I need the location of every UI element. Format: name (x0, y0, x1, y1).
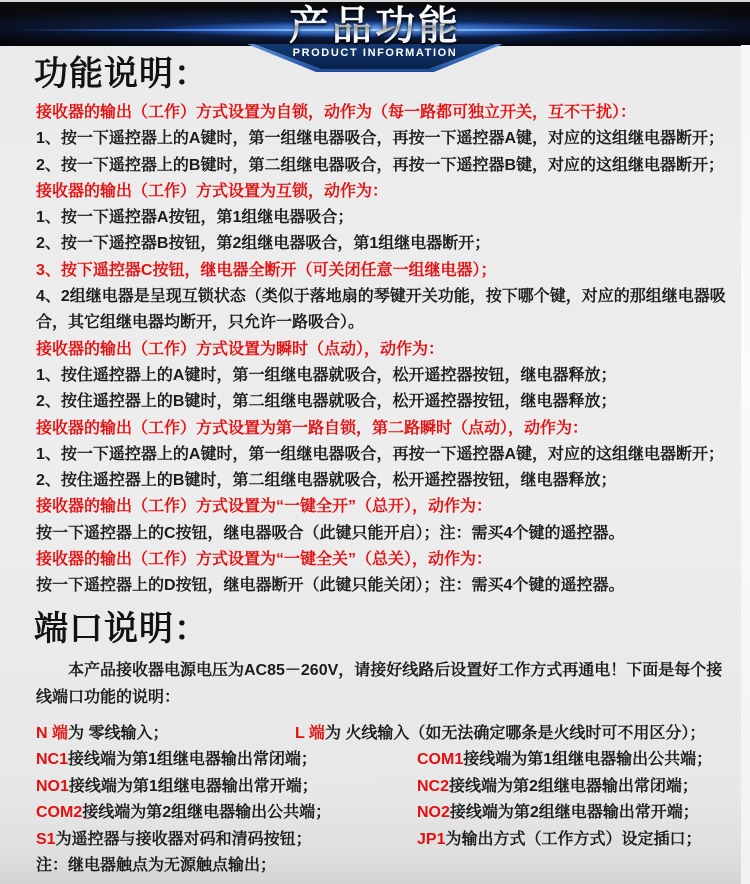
port-term: L 端 (295, 725, 325, 742)
port-section-heading: 端口说明： (34, 610, 738, 649)
port-term: NC2 (417, 778, 449, 795)
function-line: 接收器的输出（工作）方式设置为“一键全关”（总关），动作为： (36, 547, 738, 573)
port-row: S1为遥控器与接收器对码和清码按钮；JP1为输出方式（工作方式）设定插口； (36, 827, 738, 854)
function-line: 按一下遥控器上的D按钮，继电器断开（此键只能关闭）；注：需买4个键的遥控器。 (36, 573, 738, 599)
function-line: 接收器的输出（工作）方式设置为“一键全开”（总开），动作为： (36, 494, 738, 520)
port-row: NO1接线端为第1组继电器输出常开端；NC2接线端为第2组继电器输出常闭端； (36, 774, 738, 801)
function-line: 按一下遥控器上的C按钮，继电器吸合（此键只能开启）；注：需买4个键的遥控器。 (36, 521, 738, 547)
port-note: 注：继电器触点为无源触点输出； (36, 853, 738, 880)
function-line: 3、按下遥控器C按钮，继电器全断开（可关闭任意一组继电器）； (36, 258, 738, 284)
port-entry: NO1接线端为第1组继电器输出常开端； (36, 774, 417, 801)
function-line: 接收器的输出（工作）方式设置为自锁，动作为（每一路都可独立开关，互不干扰）： (36, 100, 738, 126)
port-row: N 端为 零线输入；L 端为 火线输入（如无法确定哪条是火线时可不用区分）； (36, 721, 738, 748)
function-line: 2、按住遥控器上的B键时，第二组继电器就吸合，松开遥控器按钮，继电器释放； (36, 468, 738, 494)
function-line: 1、按一下遥控器A按钮，第1组继电器吸合； (36, 205, 738, 231)
function-line: 4、2组继电器是呈现互锁状态（类似于落地扇的琴键开关功能，按下哪个键，对应的那组… (36, 284, 738, 337)
function-line: 2、按一下遥控器上的B键时，第二组继电器吸合，再按一下遥控器B键，对应的这组继电… (36, 153, 738, 179)
port-rows: N 端为 零线输入；L 端为 火线输入（如无法确定哪条是火线时可不用区分）；NC… (36, 721, 738, 854)
port-term: NC1 (36, 751, 68, 768)
port-term: S1 (36, 831, 56, 848)
function-line: 2、按一下遥控器B按钮，第2组继电器吸合，第1组继电器断开； (36, 231, 738, 257)
port-desc: 接线端为第1组继电器输出公共端； (463, 751, 712, 768)
function-line: 接收器的输出（工作）方式设置为瞬时（点动），动作为： (36, 337, 738, 363)
port-row: NC1接线端为第1组继电器输出常闭端；COM1接线端为第1组继电器输出公共端； (36, 747, 738, 774)
port-desc: 为 零线输入； (68, 725, 168, 742)
port-entry: N 端为 零线输入； (36, 721, 295, 748)
port-desc: 为 火线输入（如无法确定哪条是火线时可不用区分）； (325, 725, 705, 742)
port-desc: 接线端为第2组继电器输出常开端； (450, 804, 699, 821)
port-entry: JP1为输出方式（工作方式）设定插口； (417, 827, 701, 854)
function-line: 2、按住遥控器上的B键时，第二组继电器就吸合，松开遥控器按钮，继电器释放； (36, 389, 738, 415)
function-section-heading: 功能说明： (34, 55, 738, 94)
port-desc: 为输出方式（工作方式）设定插口； (445, 831, 701, 848)
port-desc: 接线端为第2组继电器输出公共端； (82, 804, 331, 821)
port-term: NO1 (36, 778, 69, 795)
port-entry: COM1接线端为第1组继电器输出公共端； (417, 747, 712, 774)
port-row: COM2接线端为第2组继电器输出公共端；NO2接线端为第2组继电器输出常开端； (36, 800, 738, 827)
function-lines: 接收器的输出（工作）方式设置为自锁，动作为（每一路都可独立开关，互不干扰）：1、… (36, 100, 738, 600)
port-term: COM2 (36, 804, 82, 821)
port-entry: S1为遥控器与接收器对码和清码按钮； (36, 827, 417, 854)
function-line: 1、按住遥控器上的A键时，第一组继电器就吸合，松开遥控器按钮，继电器释放； (36, 363, 738, 389)
function-line: 1、按一下遥控器上的A键时，第一组继电器吸合，再按一下遥控器A键，对应的这组继电… (36, 126, 738, 152)
function-line: 1、按一下遥控器上的A键时，第一组继电器吸合，再按一下遥控器A键，对应的这组继电… (36, 442, 738, 468)
port-desc: 接线端为第1组继电器输出常开端； (69, 778, 318, 795)
product-info-panel: 产品功能 PRODUCT INFORMATION 功能说明： 接收器的输出（工作… (0, 0, 750, 884)
port-entry: L 端为 火线输入（如无法确定哪条是火线时可不用区分）； (295, 721, 705, 748)
function-line: 接收器的输出（工作）方式设置为互锁，动作为： (36, 179, 738, 205)
port-term: N 端 (36, 725, 68, 742)
port-entry: NC2接线端为第2组继电器输出常闭端； (417, 774, 698, 801)
content-area: 功能说明： 接收器的输出（工作）方式设置为自锁，动作为（每一路都可独立开关，互不… (0, 45, 750, 880)
port-desc: 接线端为第1组继电器输出常闭端； (68, 751, 317, 768)
port-term: NO2 (417, 804, 450, 821)
port-intro-paragraph: 本产品接收器电源电压为AC85－260V，请接好线路后设置好工作方式再通电！下面… (36, 657, 738, 711)
port-desc: 接线端为第2组继电器输出常闭端； (449, 778, 698, 795)
function-line: 接收器的输出（工作）方式设置为第一路自锁，第二路瞬时（点动），动作为： (36, 416, 738, 442)
page-right-margin (741, 45, 750, 884)
port-desc: 为遥控器与接收器对码和清码按钮； (56, 831, 312, 848)
port-term: COM1 (417, 751, 463, 768)
port-entry: NC1接线端为第1组继电器输出常闭端； (36, 747, 417, 774)
port-term: JP1 (417, 831, 445, 848)
port-entry: NO2接线端为第2组继电器输出常开端； (417, 800, 699, 827)
banner-title: 产品功能 (0, 3, 750, 49)
port-entry: COM2接线端为第2组继电器输出公共端； (36, 800, 417, 827)
